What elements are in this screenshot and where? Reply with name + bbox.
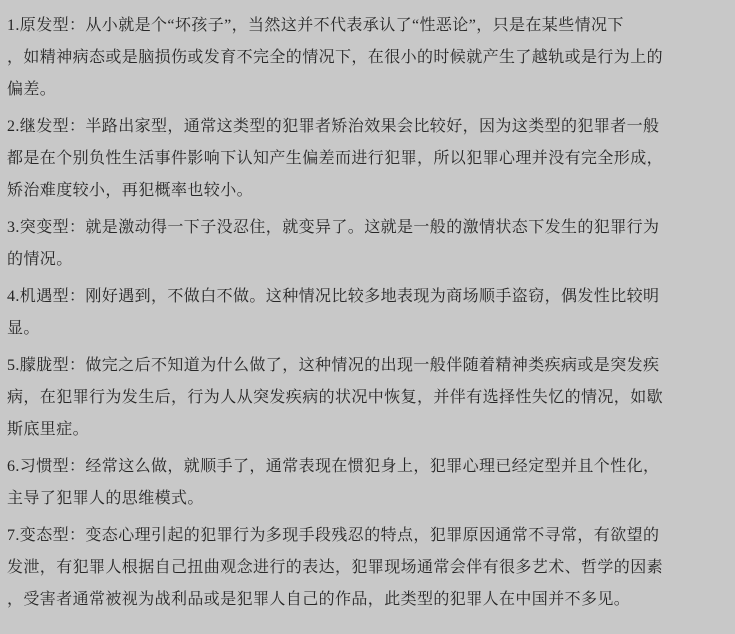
text-line: ，受害者通常被视为战利品或是犯罪人自己的作品，此类型的犯罪人在中国并不多见。 (7, 584, 727, 616)
text-line: 病，在犯罪行为发生后，行为人从突发疾病的状况中恢复，并伴有选择性失忆的情况，如歇 (7, 382, 727, 414)
text-line: ，如精神病态或是脑损伤或发育不完全的情况下，在很小的时候就产生了越轨或是行为上的 (7, 42, 727, 74)
text-line: 主导了犯罪人的思维模式。 (7, 483, 727, 515)
text-line: 斯底里症。 (7, 414, 727, 446)
text-line: 偏差。 (7, 74, 727, 106)
text-line: 4.机遇型：刚好遇到，不做白不做。这种情况比较多地表现为商场顺手盗窃，偶发性比较… (7, 281, 727, 313)
paragraph-hazy-type: 5.朦胧型：做完之后不知道为什么做了，这种情况的出现一般伴随着精神类疾病或是突发… (7, 350, 727, 446)
paragraph-opportunity-type: 4.机遇型：刚好遇到，不做白不做。这种情况比较多地表现为商场顺手盗窃，偶发性比较… (7, 281, 727, 345)
text-line: 7.变态型：变态心理引起的犯罪行为多现手段残忍的特点，犯罪原因通常不寻常，有欲望… (7, 520, 727, 552)
text-line: 显。 (7, 313, 727, 345)
text-line: 1.原发型：从小就是个“坏孩子”，当然这并不代表承认了“性恶论”，只是在某些情况… (7, 10, 727, 42)
text-line: 6.习惯型：经常这么做，就顺手了，通常表现在惯犯身上，犯罪心理已经定型并且个性化… (7, 451, 727, 483)
paragraph-sudden-type: 3.突变型：就是激动得一下子没忍住，就变异了。这就是一般的激情状态下发生的犯罪行… (7, 212, 727, 276)
text-line: 5.朦胧型：做完之后不知道为什么做了，这种情况的出现一般伴随着精神类疾病或是突发… (7, 350, 727, 382)
text-line: 都是在个别负性生活事件影响下认知产生偏差而进行犯罪，所以犯罪心理并没有完全形成， (7, 143, 727, 175)
text-line: 发泄，有犯罪人根据自己扭曲观念进行的表达，犯罪现场通常会伴有很多艺术、哲学的因素 (7, 552, 727, 584)
paragraph-habitual-type: 6.习惯型：经常这么做，就顺手了，通常表现在惯犯身上，犯罪心理已经定型并且个性化… (7, 451, 727, 515)
text-line: 3.突变型：就是激动得一下子没忍住，就变异了。这就是一般的激情状态下发生的犯罪行… (7, 212, 727, 244)
paragraph-secondary-type: 2.继发型：半路出家型，通常这类型的犯罪者矫治效果会比较好，因为这类型的犯罪者一… (7, 111, 727, 207)
text-line: 矫治难度较小，再犯概率也较小。 (7, 175, 727, 207)
text-line: 2.继发型：半路出家型，通常这类型的犯罪者矫治效果会比较好，因为这类型的犯罪者一… (7, 111, 727, 143)
document-body: 1.原发型：从小就是个“坏孩子”，当然这并不代表承认了“性恶论”，只是在某些情况… (0, 0, 735, 616)
paragraph-perverted-type: 7.变态型：变态心理引起的犯罪行为多现手段残忍的特点，犯罪原因通常不寻常，有欲望… (7, 520, 727, 616)
text-line: 的情况。 (7, 244, 727, 276)
paragraph-original-type: 1.原发型：从小就是个“坏孩子”，当然这并不代表承认了“性恶论”，只是在某些情况… (7, 10, 727, 106)
